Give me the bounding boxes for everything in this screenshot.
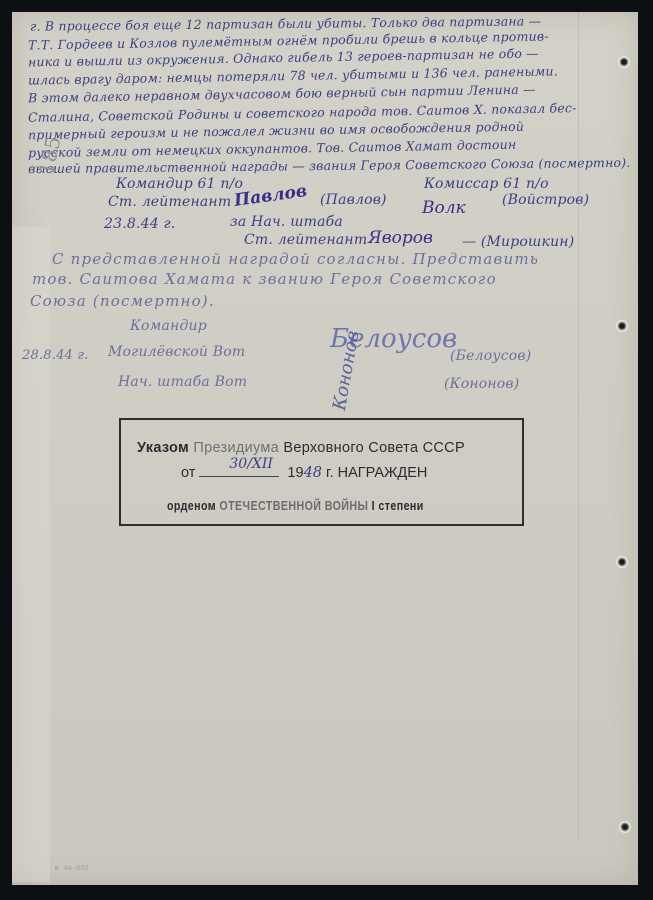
stamp-line-1: Указом Президиума Верховного Совета СССР: [137, 440, 465, 456]
stamp-date-blank: 30/XII: [199, 464, 279, 477]
margin-line: [578, 12, 579, 842]
endorsement-line-3: Союза (посмертно).: [30, 292, 215, 310]
chief-of-staff-signature: Яворов: [368, 228, 433, 248]
chief-of-staff-prefix: за Нач. штаба: [230, 214, 343, 230]
commissar-signature: Волк: [422, 198, 466, 218]
commander-rank: Ст. лейтенант: [108, 194, 231, 210]
punch-hole: [616, 320, 628, 332]
endorsement-date: 28.8.44 г.: [22, 348, 88, 363]
stamp-order-degree: I степени: [372, 498, 424, 513]
endorsement-chief-name: (Кононов): [444, 376, 519, 392]
endorsement-line-1: С представленной наградой согласны. Пред…: [52, 250, 539, 268]
commander-name: (Павлов): [320, 192, 387, 208]
endorsement-chief-title: Нач. штаба Вот: [118, 374, 247, 390]
stamp-awarded: г. НАГРАЖДЕН: [326, 465, 427, 481]
punch-hole: [619, 821, 631, 833]
punch-hole: [616, 556, 628, 568]
date-block-1: 23.8.44 г.: [104, 216, 175, 232]
document-page: г. В процессе боя еще 12 партизан были у…: [12, 12, 638, 885]
stamp-year-print: 19: [287, 465, 303, 481]
endorsement-commander-title: Командир: [130, 318, 207, 334]
stamp-supreme-soviet: Верховного Совета СССР: [283, 440, 465, 456]
stamp-from: от: [181, 465, 195, 481]
punch-hole: [618, 56, 630, 68]
endorsement-unit: Могилёвской Вот: [108, 344, 245, 360]
award-stamp: Указом Президиума Верховного Совета СССР…: [119, 418, 524, 526]
stamp-order-word: орденом: [167, 498, 216, 513]
stamp-line-2: от30/XII 1948 г. НАГРАЖДЕН: [181, 464, 427, 481]
commissar-name: (Войстров): [502, 192, 589, 208]
stamp-decree-word: Указом: [137, 440, 189, 456]
stamp-year-handwritten: 48: [304, 465, 322, 481]
chief-of-staff-rank: Ст. лейтенант: [244, 232, 367, 248]
commander-signature: Павлов: [233, 181, 308, 211]
chief-of-staff-name: — (Мирошкин): [462, 234, 574, 250]
stamp-presidium: Президиума: [193, 440, 279, 456]
commander-title: Командир 61 п/о: [116, 176, 243, 192]
bottom-pencil-mark: № 4а-032: [55, 865, 89, 873]
commissar-title: Комиссар 61 п/о: [424, 176, 549, 192]
stamp-order-name: ОТЕЧЕСТВЕННОЙ ВОЙНЫ: [219, 498, 368, 513]
stamp-line-3: орденом ОТЕЧЕСТВЕННОЙ ВОЙНЫ I степени: [167, 498, 424, 513]
endorsement-line-2: тов. Саитова Хамата к званию Героя Совет…: [32, 270, 497, 288]
stamp-date-handwritten: 30/XII: [229, 456, 273, 472]
endorsement-commander-name: (Белоусов): [450, 348, 531, 364]
paper-fold: [12, 227, 50, 882]
